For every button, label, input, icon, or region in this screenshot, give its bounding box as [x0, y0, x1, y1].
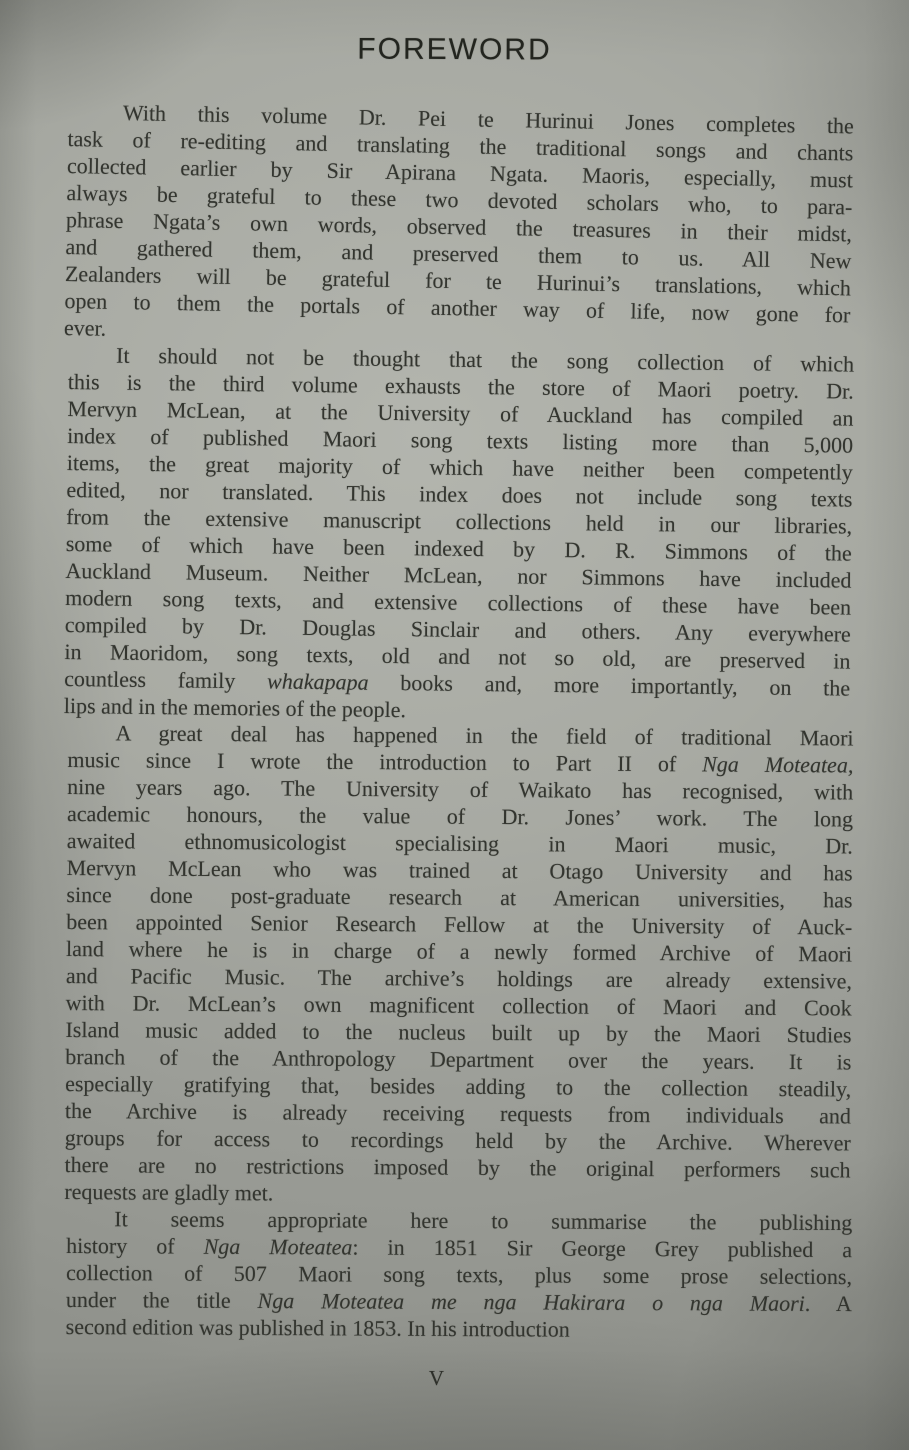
text-line: under the title Nga Moteatea me nga Haki…	[66, 1286, 852, 1317]
paragraph: It seems appropriate here to summarise t…	[66, 1205, 853, 1344]
text-line: collection of 507 Maori song texts, plus…	[66, 1259, 852, 1290]
book-page-photo: FOREWORD With this volume Dr. Pei te Hur…	[0, 0, 909, 1450]
page-title: FOREWORD	[0, 31, 909, 69]
paragraph: A great deal has happened in the field o…	[64, 719, 853, 1210]
text-line: second edition was published in 1853. In…	[66, 1313, 852, 1344]
page-number: V	[0, 1366, 874, 1391]
paragraph: With this volume Dr. Pei te Hurinui Jone…	[64, 98, 854, 355]
page-body: With this volume Dr. Pei te Hurinui Jone…	[66, 98, 852, 1340]
paragraph: It should not be thought that the song c…	[64, 341, 855, 729]
text-line: history of Nga Moteatea: in 1851 Sir Geo…	[66, 1232, 852, 1263]
text-line: It seems appropriate here to summarise t…	[66, 1205, 852, 1236]
